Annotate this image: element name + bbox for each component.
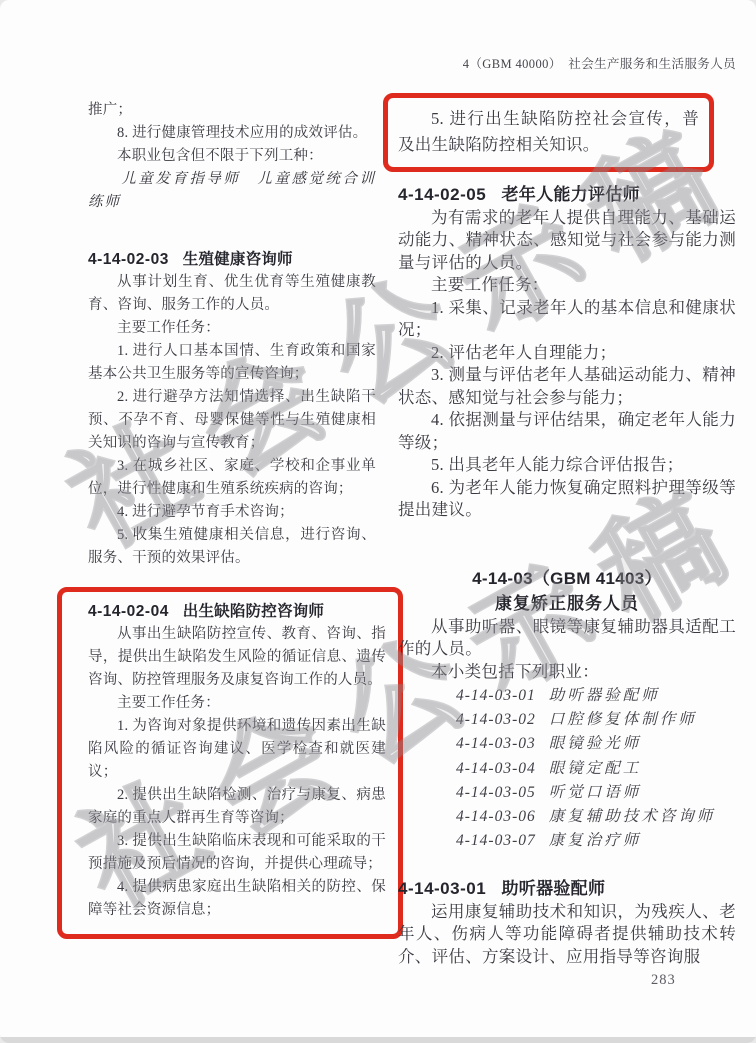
group-heading-code: 4-14-03（GBM 41403）	[398, 566, 736, 591]
left-column: 推广； 8. 进行健康管理技术应用的成效评估。 本职业包含但不限于下列工种： 儿…	[88, 99, 376, 939]
right-column: 5. 进行出生缺陷防控社会宣传，普及出生缺陷防控相关知识。 4-14-02-05…	[398, 93, 736, 968]
document-page: 4（GBM 40000） 社会生产服务和生活服务人员 社会公示稿 社会公示稿 推…	[0, 0, 756, 1043]
task-item: 2. 提供出生缺陷检测、治疗与康复、病患家庭的重点人群再生育等咨询；	[88, 784, 386, 830]
occupation-code: 4-14-03-06	[456, 808, 536, 825]
occupation-list-item: 4-14-03-03眼镜验光师	[398, 731, 736, 755]
occupation-code: 4-14-03-07	[456, 832, 536, 849]
occupation-code: 4-14-03-01	[456, 687, 536, 704]
occupation-code: 4-14-03-01	[398, 879, 486, 898]
occupation-name: 康复辅助技术咨询师	[549, 808, 716, 825]
running-header: 4（GBM 40000） 社会生产服务和生活服务人员	[463, 54, 736, 72]
occupation-list-item: 4-14-03-02口腔修复体制作师	[398, 707, 736, 731]
page-number: 283	[651, 972, 676, 989]
occupation-name: 助听器验配师	[549, 687, 660, 704]
occupation-code: 4-14-02-05	[398, 185, 486, 204]
body-paragraph: 本职业包含但不限于下列工种：	[88, 145, 376, 168]
occupation-title: 生殖健康咨询师	[183, 251, 293, 268]
body-paragraph: 推广；	[88, 99, 376, 122]
occupation-name: 口腔修复体制作师	[549, 711, 697, 728]
task-item: 2. 进行避孕方法知情选择、出生缺陷干预、不孕不育、母婴保健等性与生殖健康相关知…	[88, 386, 376, 455]
task-item: 5. 收集生殖健康相关信息，进行咨询、服务、干预的效果评估。	[88, 524, 376, 570]
body-paragraph: 从事计划生育、优生优育等生殖健康教育、咨询、服务工作的人员。	[88, 271, 376, 317]
highlight-box-birth-defect-counselor: 4-14-02-04出生缺陷防控咨询师 从事出生缺陷防控宣传、教育、咨询、指导，…	[57, 587, 403, 939]
tasks-label: 主要工作任务：	[398, 274, 736, 297]
task-item: 3. 提供出生缺陷临床表现和可能采取的干预措施及预后情况的咨询，并提供心理疏导；	[88, 830, 386, 876]
occupation-list-item: 4-14-03-05听觉口语师	[398, 780, 736, 804]
task-item: 3. 在城乡社区、家庭、学校和企事业单位，进行性健康和生殖系统疾病的咨询；	[88, 455, 376, 501]
task-item: 3. 测量与评估老年人基础运动能力、精神状态、感知觉与社会参与能力；	[398, 364, 736, 409]
worktype-list: 儿童发育指导师 儿童感觉统合训练师	[88, 168, 376, 214]
occupation-name: 眼镜验光师	[549, 735, 642, 752]
task-item: 4. 依据测量与评估结果，确定老年人能力等级；	[398, 409, 736, 454]
occupation-name: 康复治疗师	[549, 832, 642, 849]
occupation-code: 4-14-03-04	[456, 760, 536, 777]
body-paragraph: 为有需求的老年人提供自理能力、基础运动能力、精神状态、感知觉与社会参与能力测量与…	[398, 207, 736, 275]
task-item: 8. 进行健康管理技术应用的成效评估。	[88, 122, 376, 145]
task-item: 4. 提供病患家庭出生缺陷相关的防控、保障等社会资源信息；	[88, 876, 386, 922]
highlight-box-task5: 5. 进行出生缺陷防控社会宣传，普及出生缺陷防控相关知识。	[383, 93, 714, 172]
occupation-title: 老年人能力评估师	[501, 185, 639, 204]
task-item: 2. 评估老年人自理能力；	[398, 342, 736, 365]
task-item: 5. 进行出生缺陷防控社会宣传，普及出生缺陷防控相关知识。	[398, 106, 699, 158]
occupation-code: 4-14-03-02	[456, 711, 536, 728]
occupation-code: 4-14-02-04	[88, 603, 169, 620]
task-item: 1. 采集、记录老年人的基本信息和健康状况；	[398, 297, 736, 342]
task-item: 6. 为老年人能力恢复确定照料护理等级等提出建议。	[398, 477, 736, 522]
body-paragraph: 本小类包括下列职业：	[398, 661, 736, 684]
section-heading: 4-14-02-03生殖健康咨询师	[88, 248, 376, 271]
task-item: 1. 进行人口基本国情、生育政策和国家基本公共卫生服务等的宣传咨询；	[88, 340, 376, 386]
occupation-name: 听觉口语师	[549, 784, 642, 801]
occupation-list-item: 4-14-03-04眼镜定配工	[398, 756, 736, 780]
occupation-code: 4-14-03-03	[456, 735, 536, 752]
task-item: 1. 为咨询对象提供环境和遗传因素出生缺陷风险的循证咨询建议、医学检查和就医建议…	[88, 715, 386, 784]
section-heading: 4-14-03-01助听器验配师	[398, 878, 736, 901]
body-paragraph: 从事助听器、眼镜等康复辅助器具适配工作的人员。	[398, 616, 736, 661]
occupation-title: 出生缺陷防控咨询师	[183, 603, 324, 620]
occupation-code: 4-14-03-05	[456, 784, 536, 801]
tasks-label: 主要工作任务：	[88, 692, 386, 715]
occupation-list-item: 4-14-03-06康复辅助技术咨询师	[398, 804, 736, 828]
body-paragraph: 运用康复辅助技术和知识，为残疾人、老年人、伤病人等功能障碍者提供辅助技术转介、评…	[398, 901, 736, 969]
body-paragraph: 从事出生缺陷防控宣传、教育、咨询、指导，提供出生缺陷发生风险的循证信息、遗传咨询…	[88, 623, 386, 692]
section-heading: 4-14-02-04出生缺陷防控咨询师	[88, 600, 386, 623]
task-item: 5. 出具老年人能力综合评估报告；	[398, 454, 736, 477]
task-item: 4. 进行避孕节育手术咨询；	[88, 501, 376, 524]
occupation-list-item: 4-14-03-07康复治疗师	[398, 828, 736, 852]
occupation-list-item: 4-14-03-01助听器验配师	[398, 683, 736, 707]
occupation-title: 助听器验配师	[501, 879, 605, 898]
occupation-code: 4-14-02-03	[88, 251, 169, 268]
section-heading: 4-14-02-05老年人能力评估师	[398, 184, 736, 207]
occupation-name: 眼镜定配工	[549, 760, 642, 777]
page-bottom-edge	[0, 1037, 756, 1043]
group-heading-title: 康复矫正服务人员	[398, 591, 736, 616]
tasks-label: 主要工作任务：	[88, 317, 376, 340]
